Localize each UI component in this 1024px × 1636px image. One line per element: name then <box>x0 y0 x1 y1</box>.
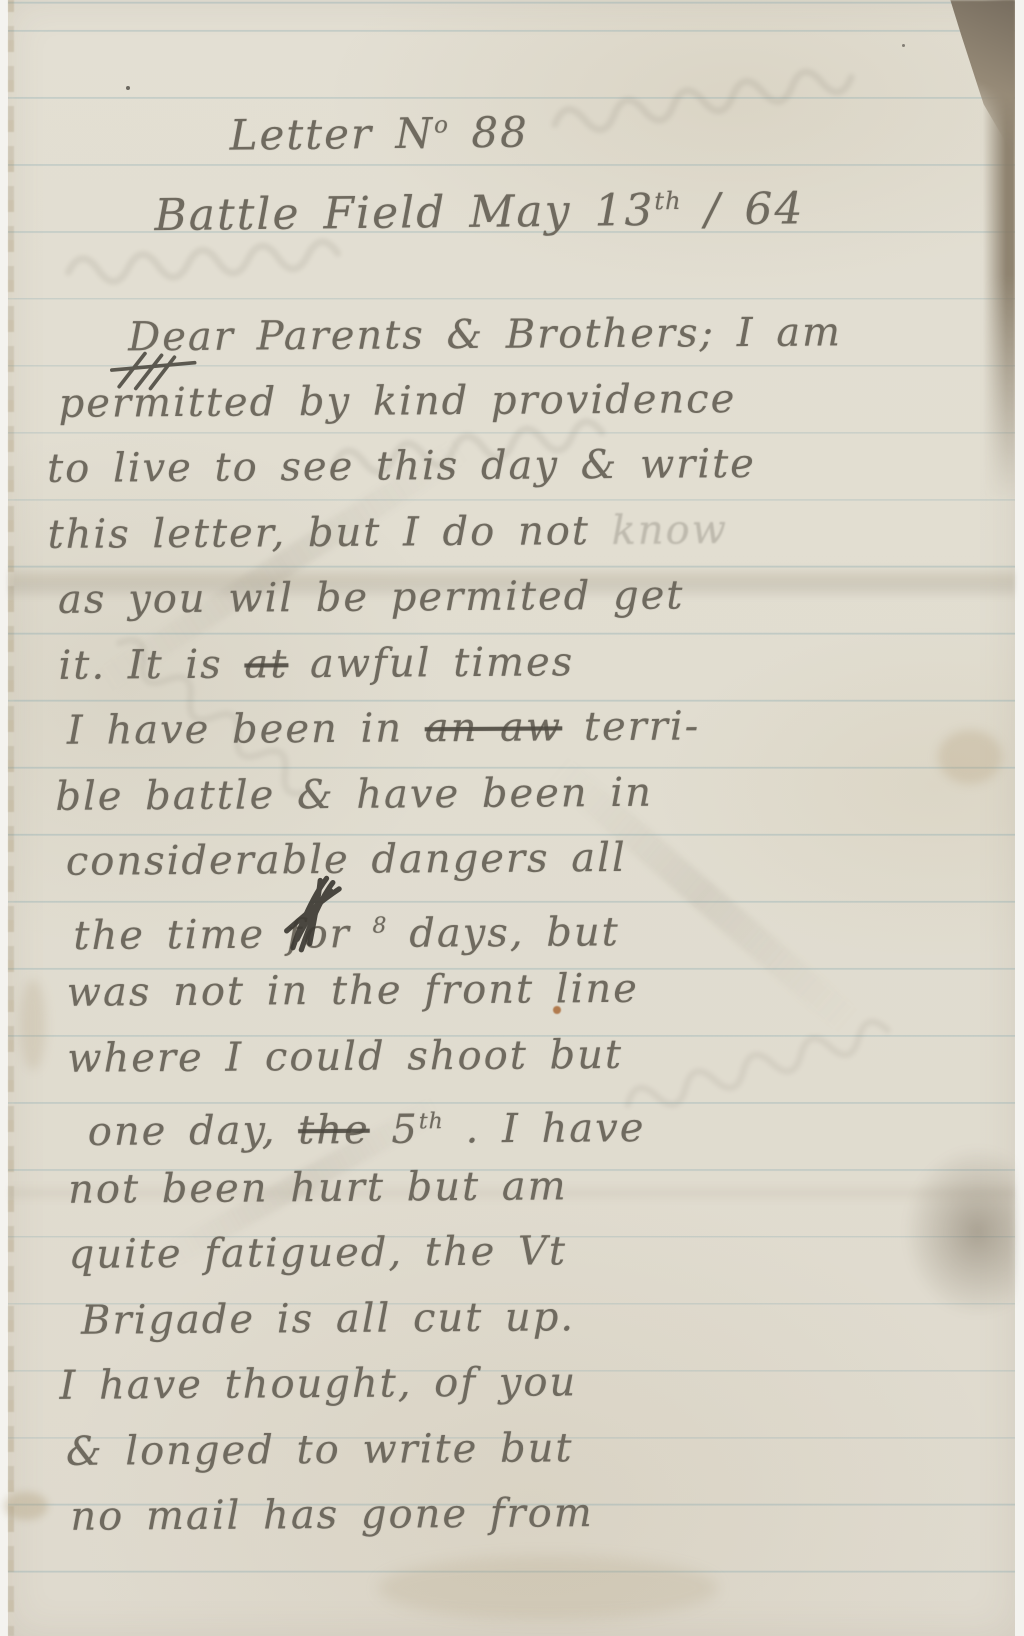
pencil-overwrite-mark <box>100 348 212 394</box>
handwritten-line-13: one day, the 5th . I have <box>41 1085 1016 1157</box>
handwritten-line-12: where I could shoot but <box>41 1020 1016 1092</box>
handwritten-line-17: I have thought, of you <box>43 1347 1018 1419</box>
handwritten-line-10: the time for 8 days, but <box>40 889 1015 961</box>
handwritten-line-3: to live to see this day & write <box>37 430 1012 502</box>
handwritten-line-18: & longed to write but <box>44 1413 1019 1485</box>
letter-number-line: Letter No 88 <box>7 85 1015 172</box>
handwritten-line-5: as you wil be permited get <box>38 561 1013 633</box>
handwritten-line-16: Brigade is all cut up. <box>43 1282 1018 1354</box>
stain-spot <box>4 1492 48 1520</box>
handwritten-line-19: no mail has gone from <box>44 1478 1019 1550</box>
pencil-scribble-blot <box>276 870 354 954</box>
letter-dateline: Battle Field May 13th / 64 <box>8 161 1016 253</box>
stain-spot <box>378 1556 718 1620</box>
stain-spot <box>126 86 130 90</box>
paper-sheet: Letter No 88 Battle Field May 13th / 64 … <box>8 0 1015 1636</box>
handwritten-line-15: quite fatigued, the Vt <box>42 1216 1017 1288</box>
handwritten-line-11: was not in the front line <box>41 954 1016 1026</box>
letter-header: Letter No 88 Battle Field May 13th / 64 <box>7 85 1016 253</box>
handwritten-line-9: considerable dangers all <box>40 823 1015 895</box>
scanned-letter-page: Letter No 88 Battle Field May 13th / 64 … <box>0 0 1024 1636</box>
handwritten-line-7: I have been in an aw terri- <box>39 692 1014 764</box>
letter-body: Dear Parents & Brothers; I ampermitted b… <box>36 299 1020 1550</box>
handwritten-line-8: ble battle & have been in <box>39 758 1014 830</box>
handwritten-line-6: it. It is at awful times <box>38 627 1013 699</box>
handwritten-line-14: not been hurt but am <box>42 1151 1017 1223</box>
stain-spot <box>902 44 905 47</box>
handwritten-line-4: this letter, but I do not know <box>37 496 1012 568</box>
